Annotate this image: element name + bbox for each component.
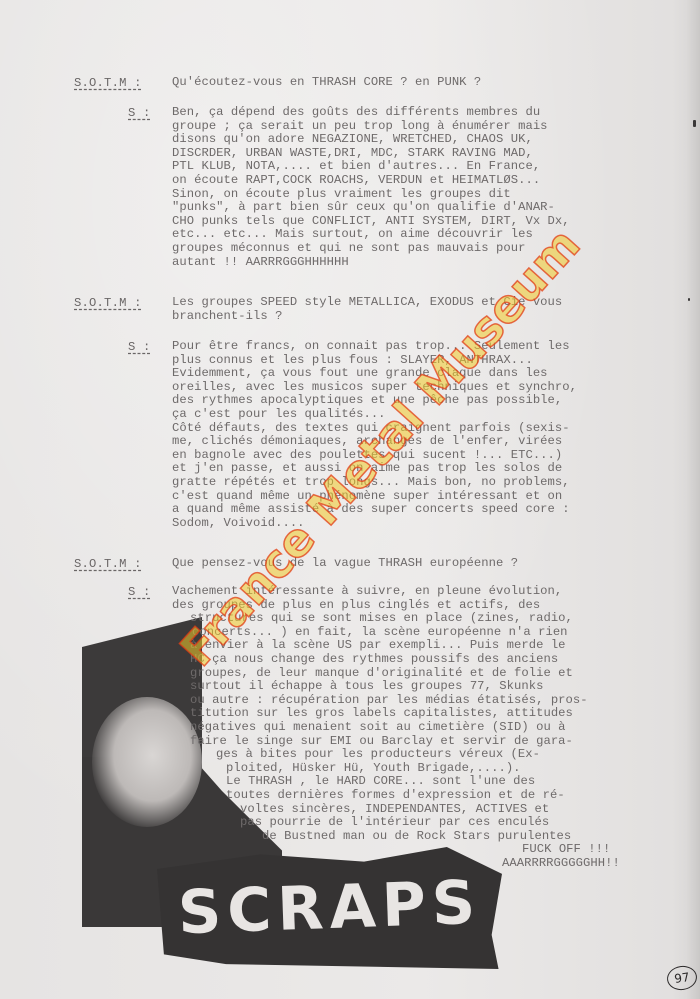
answer-line: HC ça nous change des rythmes poussifs d… xyxy=(172,653,620,667)
question-3: Que pensez-vous de la vague THRASH europ… xyxy=(172,557,518,571)
answer-line: concerts... ) en fait, la scène européen… xyxy=(172,626,620,640)
answer-line: Ben, ça dépend des goûts des différents … xyxy=(172,106,570,120)
answer-line: on écoute RAPT,COCK ROACHS, VERDUN et HE… xyxy=(172,174,570,188)
answer-line: a quand même assisté à des super concert… xyxy=(172,503,577,517)
respondent-label-text: S : xyxy=(128,585,151,599)
answer-line: en bagnole avec des poulettes qui sucent… xyxy=(172,449,577,463)
scanned-fanzine-page: S.O.T.M : Qu'écoutez-vous en THRASH CORE… xyxy=(0,0,700,999)
respondent-label-text: S : xyxy=(128,106,151,120)
answer-line: AAARRRRGGGGGHH!! xyxy=(172,857,620,871)
answer-line: voltes sincères, INDEPENDANTES, ACTIVES … xyxy=(172,803,620,817)
answer-line: des groupes de plus en plus cinglés et a… xyxy=(172,599,620,613)
answer-line: titution sur les gros labels capitaliste… xyxy=(172,707,620,721)
answer-line: etc... etc... Mais surtout, on aime déco… xyxy=(172,228,570,242)
answer-line: gratte répétés et trop longs... Mais bon… xyxy=(172,476,577,490)
respondent-label: S : xyxy=(128,106,151,120)
ink-speck xyxy=(688,298,690,301)
answer-line: ploited, Hüsker Hü, Youth Brigade,....). xyxy=(172,762,620,776)
interviewer-label-text: S.O.T.M : xyxy=(74,557,142,571)
answer-line: structures qui se sont mises en place (z… xyxy=(172,612,620,626)
respondent-label-text: S : xyxy=(128,340,151,354)
answer-line: FUCK OFF !!! xyxy=(172,843,620,857)
interviewer-label: S.O.T.M : xyxy=(74,76,142,90)
answer-line: PTL KLUB, NOTA,.... et bien d'autres... … xyxy=(172,160,570,174)
answer-line: ou autre : récupération par les médias é… xyxy=(172,694,620,708)
answer-line: CHO punks tels que CONFLICT, ANTI SYSTEM… xyxy=(172,215,570,229)
answer-line: de Bustned man ou de Rock Stars purulent… xyxy=(172,830,620,844)
answer-line: groupe ; ça serait un peu trop long à én… xyxy=(172,120,570,134)
answer-line: et j'en passe, et aussi on aime pas trop… xyxy=(172,462,577,476)
interviewer-label-text: S.O.T.M : xyxy=(74,296,142,310)
question-1: Qu'écoutez-vous en THRASH CORE ? en PUNK… xyxy=(172,76,481,90)
question-2: Les groupes SPEED style METALLICA, EXODU… xyxy=(172,296,562,323)
ink-speck xyxy=(693,120,696,127)
answer-line: négatives qui menaient soit au cimetière… xyxy=(172,721,620,735)
question-line: Les groupes SPEED style METALLICA, EXODU… xyxy=(172,296,562,310)
answer-line: plus connus et les plus fous : SLAYER, A… xyxy=(172,354,577,368)
answer-3: Vachement intéressante à suivre, en pleu… xyxy=(172,585,620,870)
answer-line: Sodom, Voivoid.... xyxy=(172,517,577,531)
answer-line: à envier à la scène US par exempli... Pu… xyxy=(172,639,620,653)
answer-line: Evidemment, ça vous fout une grande claq… xyxy=(172,367,577,381)
answer-line: "punks", à part bien sûr ceux qu'on qual… xyxy=(172,201,570,215)
band-logo-text: SCRAPS xyxy=(177,868,482,949)
answer-line: Pour être francs, on connait pas trop...… xyxy=(172,340,577,354)
answer-line: DISCRDER, URBAN WASTE,DRI, MDC, STARK RA… xyxy=(172,147,570,161)
answer-line: ges à bites pour les producteurs véreux … xyxy=(172,748,620,762)
answer-line: c'est quand même un phénomène super inté… xyxy=(172,490,577,504)
answer-line: faire le singe sur EMI ou Barclay et ser… xyxy=(172,735,620,749)
answer-line: surtout il échappe à tous les groupes 77… xyxy=(172,680,620,694)
answer-line: disons qu'on adore NEGAZIONE, WRETCHED, … xyxy=(172,133,570,147)
answer-line: autant !! AARRRGGGHHHHHH xyxy=(172,256,570,270)
question-line: Que pensez-vous de la vague THRASH europ… xyxy=(172,557,518,571)
answer-line: groupes méconnus et qui ne sont pas mauv… xyxy=(172,242,570,256)
answer-line: des rythmes apocalyptiques et une pêche … xyxy=(172,394,577,408)
interviewer-label: S.O.T.M : xyxy=(74,296,142,310)
answer-line: toutes dernières formes d'expression et … xyxy=(172,789,620,803)
answer-line: pas pourrie de l'intérieur par ces encul… xyxy=(172,816,620,830)
answer-line: Le THRASH , le HARD CORE... sont l'une d… xyxy=(172,775,620,789)
answer-line: me, clichés démoniaques, archanges de l'… xyxy=(172,435,577,449)
answer-line: Côté défauts, des textes qui craignent p… xyxy=(172,422,577,436)
question-line: Qu'écoutez-vous en THRASH CORE ? en PUNK… xyxy=(172,76,481,90)
interviewer-label-text: S.O.T.M : xyxy=(74,76,142,90)
respondent-label: S : xyxy=(128,340,151,354)
answer-line: Vachement intéressante à suivre, en pleu… xyxy=(172,585,620,599)
answer-line: groupes, de leur manque d'originalité et… xyxy=(172,667,620,681)
answer-1: Ben, ça dépend des goûts des différents … xyxy=(172,106,570,269)
question-line: branchent-ils ? xyxy=(172,310,562,324)
answer-line: ça c'est pour les qualités... xyxy=(172,408,577,422)
page-number-text: 97 xyxy=(673,970,690,986)
page-edge-shadow xyxy=(686,0,700,999)
interviewer-label: S.O.T.M : xyxy=(74,557,142,571)
answer-line: Sinon, on écoute plus vraiment les group… xyxy=(172,188,570,202)
answer-line: oreilles, avec les musicos super techniq… xyxy=(172,381,577,395)
respondent-label: S : xyxy=(128,585,151,599)
answer-2: Pour être francs, on connait pas trop...… xyxy=(172,340,577,530)
